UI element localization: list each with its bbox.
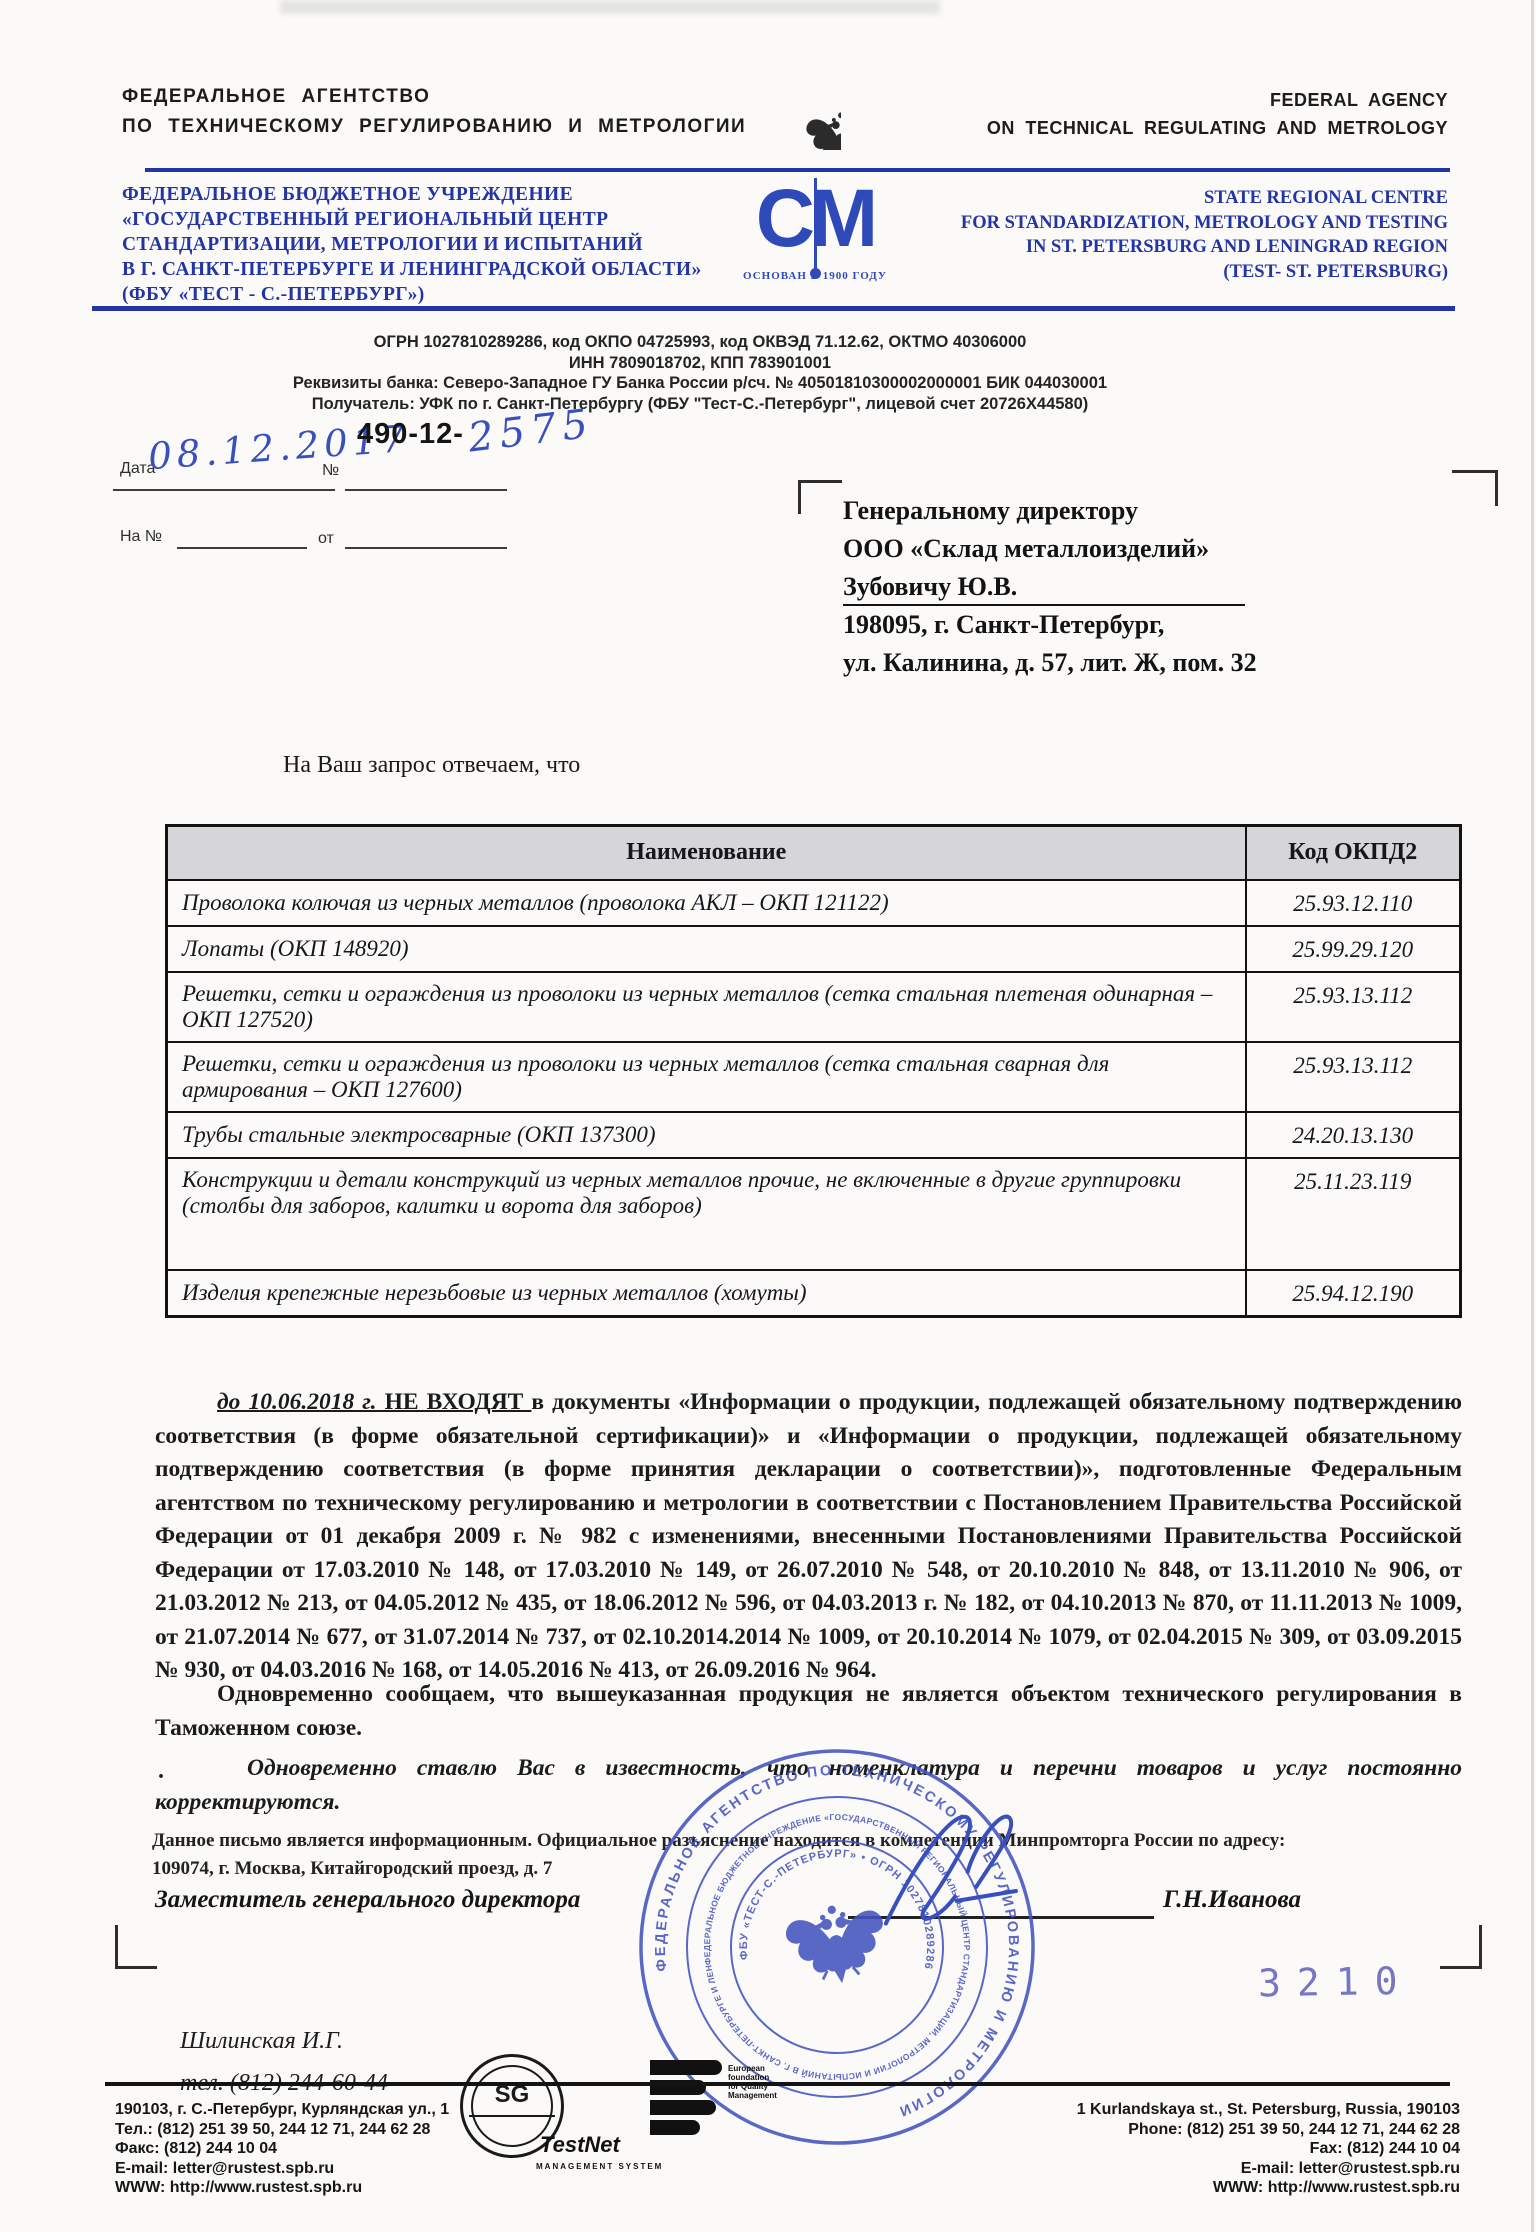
handwritten-signature (852, 1779, 1048, 1957)
footer-address-ru: 190103, г. С.-Петербург, Курляндская ул.… (115, 2100, 449, 2120)
agency-en-line1: FEDERAL AGENCY (987, 86, 1448, 114)
agency-name-en: FEDERAL AGENCY ON TECHNICAL REGULATING A… (987, 86, 1448, 142)
executor-name: Шилинская И.Г. (180, 2028, 343, 2055)
footer-email-ru: E-mail: letter@rustest.spb.ru (115, 2159, 449, 2179)
okpd-code: 25.99.29.120 (1246, 926, 1461, 972)
footer-www-en: WWW: http://www.rustest.spb.ru (1077, 2178, 1460, 2198)
product-name: Проволока колючая из черных металлов (пр… (167, 880, 1246, 926)
product-name: Решетки, сетки и ограждения из проволоки… (167, 972, 1246, 1042)
agency-ru-line1: ФЕДЕРАЛЬНОЕ АГЕНТСТВО (122, 82, 746, 112)
address-corner-mark (798, 480, 842, 514)
table-header-row: Наименование Код ОКПД2 (167, 826, 1461, 880)
product-name: Лопаты (ОКП 148920) (167, 926, 1246, 972)
testnet-caption: MANAGEMENT SYSTEM (536, 2162, 663, 2171)
addressee-street: ул. Калинина, д. 57, лит. Ж, пом. 32 (843, 644, 1257, 682)
org-en-line: STATE REGIONAL CENTRE (961, 186, 1448, 211)
requisites-line: ОГРН 1027810289286, код ОКПО 04725993, к… (170, 332, 1230, 353)
okpd-code: 25.94.12.190 (1246, 1270, 1461, 1317)
org-name-ru: ФЕДЕРАЛЬНОЕ БЮДЖЕТНОЕ УЧРЕЖДЕНИЕ «ГОСУДА… (122, 182, 702, 307)
footer-divider (105, 2082, 1450, 2086)
not-included-phrase: НЕ ВХОДЯТ (377, 1389, 532, 1415)
signer-position: Заместитель генерального директора (155, 1886, 580, 1914)
deadline-date: до 10.06.2018 г. (217, 1389, 377, 1415)
number-underline (345, 489, 507, 491)
addressee-block: Генеральному директору ООО «Склад металл… (843, 492, 1257, 682)
efqm-logo: European foundation for Quality Manageme… (650, 2060, 770, 2164)
efqm-bar (650, 2060, 722, 2075)
org-ru-line: ФЕДЕРАЛЬНОЕ БЮДЖЕТНОЕ УЧРЕЖДЕНИЕ (122, 182, 702, 207)
org-ru-line: (ФБУ «ТЕСТ - С.-ПЕТЕРБУРГ») (122, 282, 702, 307)
scan-artifact (1531, 0, 1534, 2232)
product-name: Изделия крепежные нерезьбовые из черных … (167, 1270, 1246, 1317)
scan-artifact (280, 0, 940, 14)
addressee-company: ООО «Склад металлоизделий» (843, 530, 1257, 568)
address-corner-mark (1452, 470, 1498, 506)
footer-contacts-en: 1 Kurlandskaya st., St. Petersburg, Russ… (1077, 2100, 1460, 2198)
product-name: Трубы стальные электросварные (ОКП 13730… (167, 1112, 1246, 1158)
table-row: Решетки, сетки и ограждения из проволоки… (167, 1042, 1461, 1112)
addressee-person: Зубовичу Ю.В. (843, 568, 1257, 606)
okpd-table: Наименование Код ОКПД2 Проволока колючая… (165, 824, 1462, 1318)
bank-requisites: ОГРН 1027810289286, код ОКПО 04725993, к… (170, 332, 1230, 414)
requisites-line: ИНН 7809018702, КПП 783901001 (170, 353, 1230, 374)
footer-fax-ru: Факс: (812) 244 10 04 (115, 2139, 449, 2159)
footer-contacts-ru: 190103, г. С.-Петербург, Курляндская ул.… (115, 2100, 449, 2198)
footer-phone-en: Phone: (812) 251 39 50, 244 12 71, 244 6… (1077, 2120, 1460, 2140)
outgoing-number-printed: 490-12- (357, 418, 464, 451)
footer-www-ru: WWW: http://www.rustest.spb.ru (115, 2178, 449, 2198)
agency-ru-line2: ПО ТЕХНИЧЕСКОМУ РЕГУЛИРОВАНИЮ И МЕТРОЛОГ… (122, 112, 746, 142)
okpd-code: 25.93.13.112 (1246, 1042, 1461, 1112)
sg-divider (469, 2115, 555, 2117)
signer-name: Г.Н.Иванова (1163, 1886, 1301, 1914)
addressee-position: Генеральному директору (843, 492, 1257, 530)
table-row: Решетки, сетки и ограждения из проволоки… (167, 972, 1461, 1042)
table-row: Конструкции и детали конструкций из черн… (167, 1158, 1461, 1270)
number-label: № (322, 462, 339, 480)
coat-of-arms-icon (763, 56, 841, 150)
okpd-code: 25.93.12.110 (1246, 880, 1461, 926)
pendulum-icon (810, 268, 821, 279)
org-ru-line: В Г. САНКТ-ПЕТЕРБУРГЕ И ЛЕНИНГРАДСКОЙ ОБ… (122, 257, 702, 282)
efqm-bar (650, 2100, 716, 2115)
table-row: Лопаты (ОКП 148920) 25.99.29.120 (167, 926, 1461, 972)
product-name: Решетки, сетки и ограждения из проволоки… (167, 1042, 1246, 1112)
addressee-postcode-city: 198095, г. Санкт-Петербург, (843, 606, 1257, 644)
footer-address-en: 1 Kurlandskaya st., St. Petersburg, Russ… (1077, 2100, 1460, 2120)
okpd-code: 25.11.23.119 (1246, 1158, 1461, 1270)
column-header-code: Код ОКПД2 (1246, 826, 1461, 880)
column-header-name: Наименование (167, 826, 1246, 880)
footer-phone-ru: Тел.: (812) 251 39 50, 244 12 71, 244 62… (115, 2120, 449, 2140)
date-underline (113, 489, 335, 491)
incoming-date-underline (345, 547, 507, 549)
org-en-line: IN ST. PETERSBURG AND LENINGRAD REGION (961, 235, 1448, 260)
efqm-bar (650, 2120, 700, 2135)
testnet-logo: TestNet (540, 2132, 620, 2158)
registration-number-stamp: 3210 (1258, 1959, 1414, 2006)
product-name: Конструкции и детали конструкций из черн… (167, 1158, 1246, 1270)
agency-en-line2: ON TECHNICAL REGULATING AND METROLOGY (987, 114, 1448, 142)
corner-mark (115, 1925, 157, 1969)
divider (145, 168, 1450, 172)
requisites-line: Реквизиты банка: Северо-Западное ГУ Банк… (170, 373, 1230, 394)
org-ru-line: «ГОСУДАРСТВЕННЫЙ РЕГИОНАЛЬНЫЙ ЦЕНТР (122, 207, 702, 232)
org-ru-line: СТАНДАРТИЗАЦИИ, МЕТРОЛОГИИ И ИСПЫТАНИЙ (122, 232, 702, 257)
intro-sentence: На Ваш запрос отвечаем, что (283, 752, 580, 779)
scanned-letter-page: ФЕДЕРАЛЬНОЕ АГЕНТСТВО ПО ТЕХНИЧЕСКОМУ РЕ… (0, 0, 1536, 2232)
incoming-date-label: от (318, 530, 334, 548)
addressee-underline (843, 604, 1245, 606)
incoming-number-label: На № (120, 528, 162, 546)
agency-name-ru: ФЕДЕРАЛЬНОЕ АГЕНТСТВО ПО ТЕХНИЧЕСКОМУ РЕ… (122, 82, 746, 142)
requisites-line: Получатель: УФК по г. Санкт-Петербургу (… (170, 394, 1230, 415)
test-spb-logo: СМ ОСНОВАН В 1900 ГОДУ (715, 176, 915, 304)
table-row: Трубы стальные электросварные (ОКП 13730… (167, 1112, 1461, 1158)
divider (92, 306, 1455, 311)
org-name-en: STATE REGIONAL CENTRE FOR STANDARDIZATIO… (961, 186, 1448, 284)
org-en-line: (TEST- ST. PETERSBURG) (961, 260, 1448, 285)
incoming-number-underline (177, 547, 307, 549)
footer-email-en: E-mail: letter@rustest.spb.ru (1077, 2159, 1460, 2179)
okpd-code: 24.20.13.130 (1246, 1112, 1461, 1158)
paragraph-certification: до 10.06.2018 г. НЕ ВХОДЯТ в документы «… (155, 1386, 1462, 1688)
footer-fax-en: Fax: (812) 244 10 04 (1077, 2139, 1460, 2159)
org-en-line: FOR STANDARDIZATION, METROLOGY AND TESTI… (961, 211, 1448, 236)
table-row: Проволока колючая из черных металлов (пр… (167, 880, 1461, 926)
pendulum-icon (814, 178, 817, 274)
corner-mark (1440, 1925, 1482, 1969)
table-row: Изделия крепежные нерезьбовые из черных … (167, 1270, 1461, 1317)
paragraph-text: в документы «Информации о продукции, под… (155, 1389, 1462, 1683)
okpd-code: 25.93.13.112 (1246, 972, 1461, 1042)
